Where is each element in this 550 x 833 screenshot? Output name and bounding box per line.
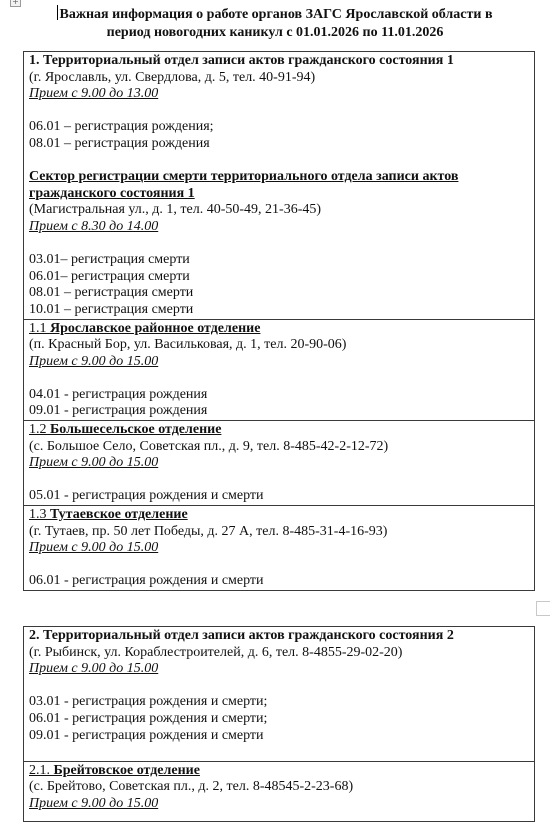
- title-line-2: период новогодних каникул с 01.01.2026 п…: [0, 24, 550, 42]
- branch-1-2-cell[interactable]: 1.2 Большесельское отделение (с. Большое…: [24, 421, 535, 506]
- branch-hours: Прием с 9.00 до 15.00: [29, 354, 158, 369]
- sector-address: (Магистральная ул., д. 1, тел. 40-50-49,…: [29, 202, 529, 219]
- table-row: 1. Территориальный отдел записи актов гр…: [24, 52, 535, 320]
- branch-name: Ярославское районное отделение: [50, 321, 260, 336]
- branch-name: Тутаевское отделение: [50, 507, 188, 522]
- table-row: 2. Территориальный отдел записи актов гр…: [24, 627, 535, 762]
- office-2-cell[interactable]: 2. Территориальный отдел записи актов гр…: [24, 627, 535, 762]
- schedule-item: 10.01 – регистрация смерти: [29, 302, 529, 319]
- schedule-item: 08.01 – регистрация смерти: [29, 285, 529, 302]
- office-1-cell[interactable]: 1. Территориальный отдел записи актов гр…: [24, 52, 535, 320]
- zags-office-2-table: 2. Территориальный отдел записи актов гр…: [23, 626, 535, 822]
- branch-hours: Прием с 9.00 до 15.00: [29, 540, 158, 555]
- branch-address: (г. Тутаев, пр. 50 лет Победы, д. 27 А, …: [29, 524, 529, 541]
- table-row: 1.3 Тутаевское отделение (г. Тутаев, пр.…: [24, 506, 535, 591]
- branch-name: Брейтовское отделение: [54, 763, 200, 778]
- sector-hours: Прием с 8.30 до 14.00: [29, 219, 158, 234]
- branch-1-1-cell[interactable]: 1.1 Ярославское районное отделение (п. К…: [24, 319, 535, 421]
- schedule-item: 06.01 - регистрация рождения и смерти;: [29, 711, 529, 728]
- office-hours: Прием с 9.00 до 15.00: [29, 661, 158, 676]
- office-heading: 1. Территориальный отдел записи актов гр…: [29, 53, 529, 70]
- schedule-item: 06.01 – регистрация рождения;: [29, 119, 529, 136]
- schedule-item: 06.01– регистрация смерти: [29, 269, 529, 286]
- document-title: Важная информация о работе органов ЗАГС …: [0, 5, 550, 42]
- branch-number: 2.1.: [29, 763, 50, 778]
- branch-number: 1.3: [29, 507, 47, 522]
- table-resize-handle[interactable]: [536, 601, 550, 616]
- table-row: 1.1 Ярославское районное отделение (п. К…: [24, 319, 535, 421]
- schedule-item: 09.01 - регистрация рождения: [29, 403, 529, 420]
- branch-name: Большесельское отделение: [50, 422, 221, 437]
- branch-number: 1.2: [29, 422, 47, 437]
- branch-hours: Прием с 9.00 до 15.00: [29, 455, 158, 470]
- table-row: 2.1. Брейтовское отделение (с. Брейтово,…: [24, 761, 535, 821]
- office-heading: 2. Территориальный отдел записи актов гр…: [29, 628, 529, 645]
- sector-heading-cont: гражданского состояния 1: [29, 186, 195, 201]
- branch-address: (с. Брейтово, Советская пл., д. 2, тел. …: [29, 779, 529, 796]
- schedule-item: 05.01 - регистрация рождения и смерти: [29, 488, 529, 505]
- branch-address: (п. Красный Бор, ул. Васильковая, д. 1, …: [29, 337, 529, 354]
- schedule-item: 04.01 - регистрация рождения: [29, 387, 529, 404]
- zags-office-1-table: 1. Территориальный отдел записи актов гр…: [23, 51, 535, 591]
- schedule-item: 03.01– регистрация смерти: [29, 252, 529, 269]
- schedule-item: 09.01 - регистрация рождения и смерти: [29, 728, 529, 745]
- branch-1-3-cell[interactable]: 1.3 Тутаевское отделение (г. Тутаев, пр.…: [24, 506, 535, 591]
- sector-heading: Сектор регистрации смерти территориально…: [29, 169, 529, 186]
- table-row: 1.2 Большесельское отделение (с. Большое…: [24, 421, 535, 506]
- office-address: (г. Рыбинск, ул. Кораблестроителей, д. 6…: [29, 645, 529, 662]
- title-line-1: Важная информация о работе органов ЗАГС …: [59, 7, 492, 22]
- office-hours: Прием с 9.00 до 13.00: [29, 86, 158, 101]
- office-address: (г. Ярославль, ул. Свердлова, д. 5, тел.…: [29, 70, 529, 87]
- branch-number: 1.1: [29, 321, 47, 336]
- schedule-item: 08.01 – регистрация рождения: [29, 136, 529, 153]
- schedule-item: 03.01 - регистрация рождения и смерти;: [29, 694, 529, 711]
- branch-2-1-cell[interactable]: 2.1. Брейтовское отделение (с. Брейтово,…: [24, 761, 535, 821]
- branch-address: (с. Большое Село, Советская пл., д. 9, т…: [29, 439, 529, 456]
- schedule-item: 06.01 - регистрация рождения и смерти: [29, 573, 529, 590]
- branch-hours: Прием с 9.00 до 15.00: [29, 796, 158, 811]
